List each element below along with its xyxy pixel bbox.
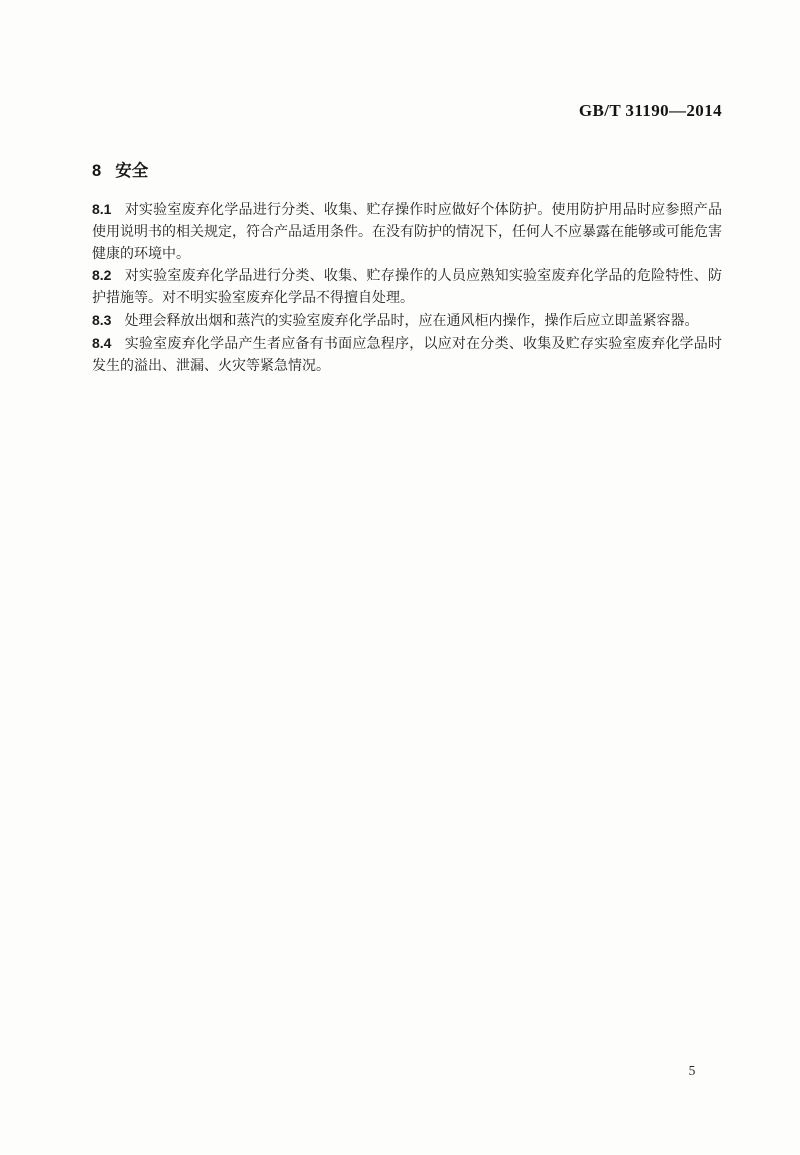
- section-heading: 8安全: [92, 157, 148, 181]
- clause: 8.4实验室废弃化学品产生者应备有书面应急程序，以应对在分类、收集及贮存实验室废…: [92, 333, 722, 378]
- clause-number: 8.1: [92, 201, 111, 217]
- document-page: GB/T 31190—2014 8安全 8.1对实验室废弃化学品进行分类、收集、…: [0, 0, 800, 1155]
- clause-text: 实验室废弃化学品产生者应备有书面应急程序，以应对在分类、收集及贮存实验室废弃化学…: [92, 337, 722, 374]
- clause-text: 处理会释放出烟和蒸汽的实验室废弃化学品时，应在通风柜内操作，操作后应立即盖紧容器…: [124, 314, 698, 329]
- section-title: 安全: [115, 162, 148, 180]
- clause-number: 8.2: [92, 267, 111, 283]
- clause: 8.2对实验室废弃化学品进行分类、收集、贮存操作的人员应熟知实验室废弃化学品的危…: [92, 265, 722, 310]
- section-body: 8.1对实验室废弃化学品进行分类、收集、贮存操作时应做好个体防护。使用防护用品时…: [92, 199, 722, 377]
- clause-text: 对实验室废弃化学品进行分类、收集、贮存操作的人员应熟知实验室废弃化学品的危险特性…: [92, 269, 722, 306]
- clause: 8.1对实验室废弃化学品进行分类、收集、贮存操作时应做好个体防护。使用防护用品时…: [92, 199, 722, 265]
- standard-code-header: GB/T 31190—2014: [0, 101, 722, 121]
- clause-number: 8.3: [92, 312, 111, 328]
- section-number: 8: [92, 162, 101, 181]
- clause: 8.3处理会释放出烟和蒸汽的实验室废弃化学品时，应在通风柜内操作，操作后应立即盖…: [92, 310, 722, 333]
- clause-number: 8.4: [92, 335, 111, 351]
- clause-text: 对实验室废弃化学品进行分类、收集、贮存操作时应做好个体防护。使用防护用品时应参照…: [92, 203, 722, 262]
- page-number: 5: [681, 1063, 703, 1079]
